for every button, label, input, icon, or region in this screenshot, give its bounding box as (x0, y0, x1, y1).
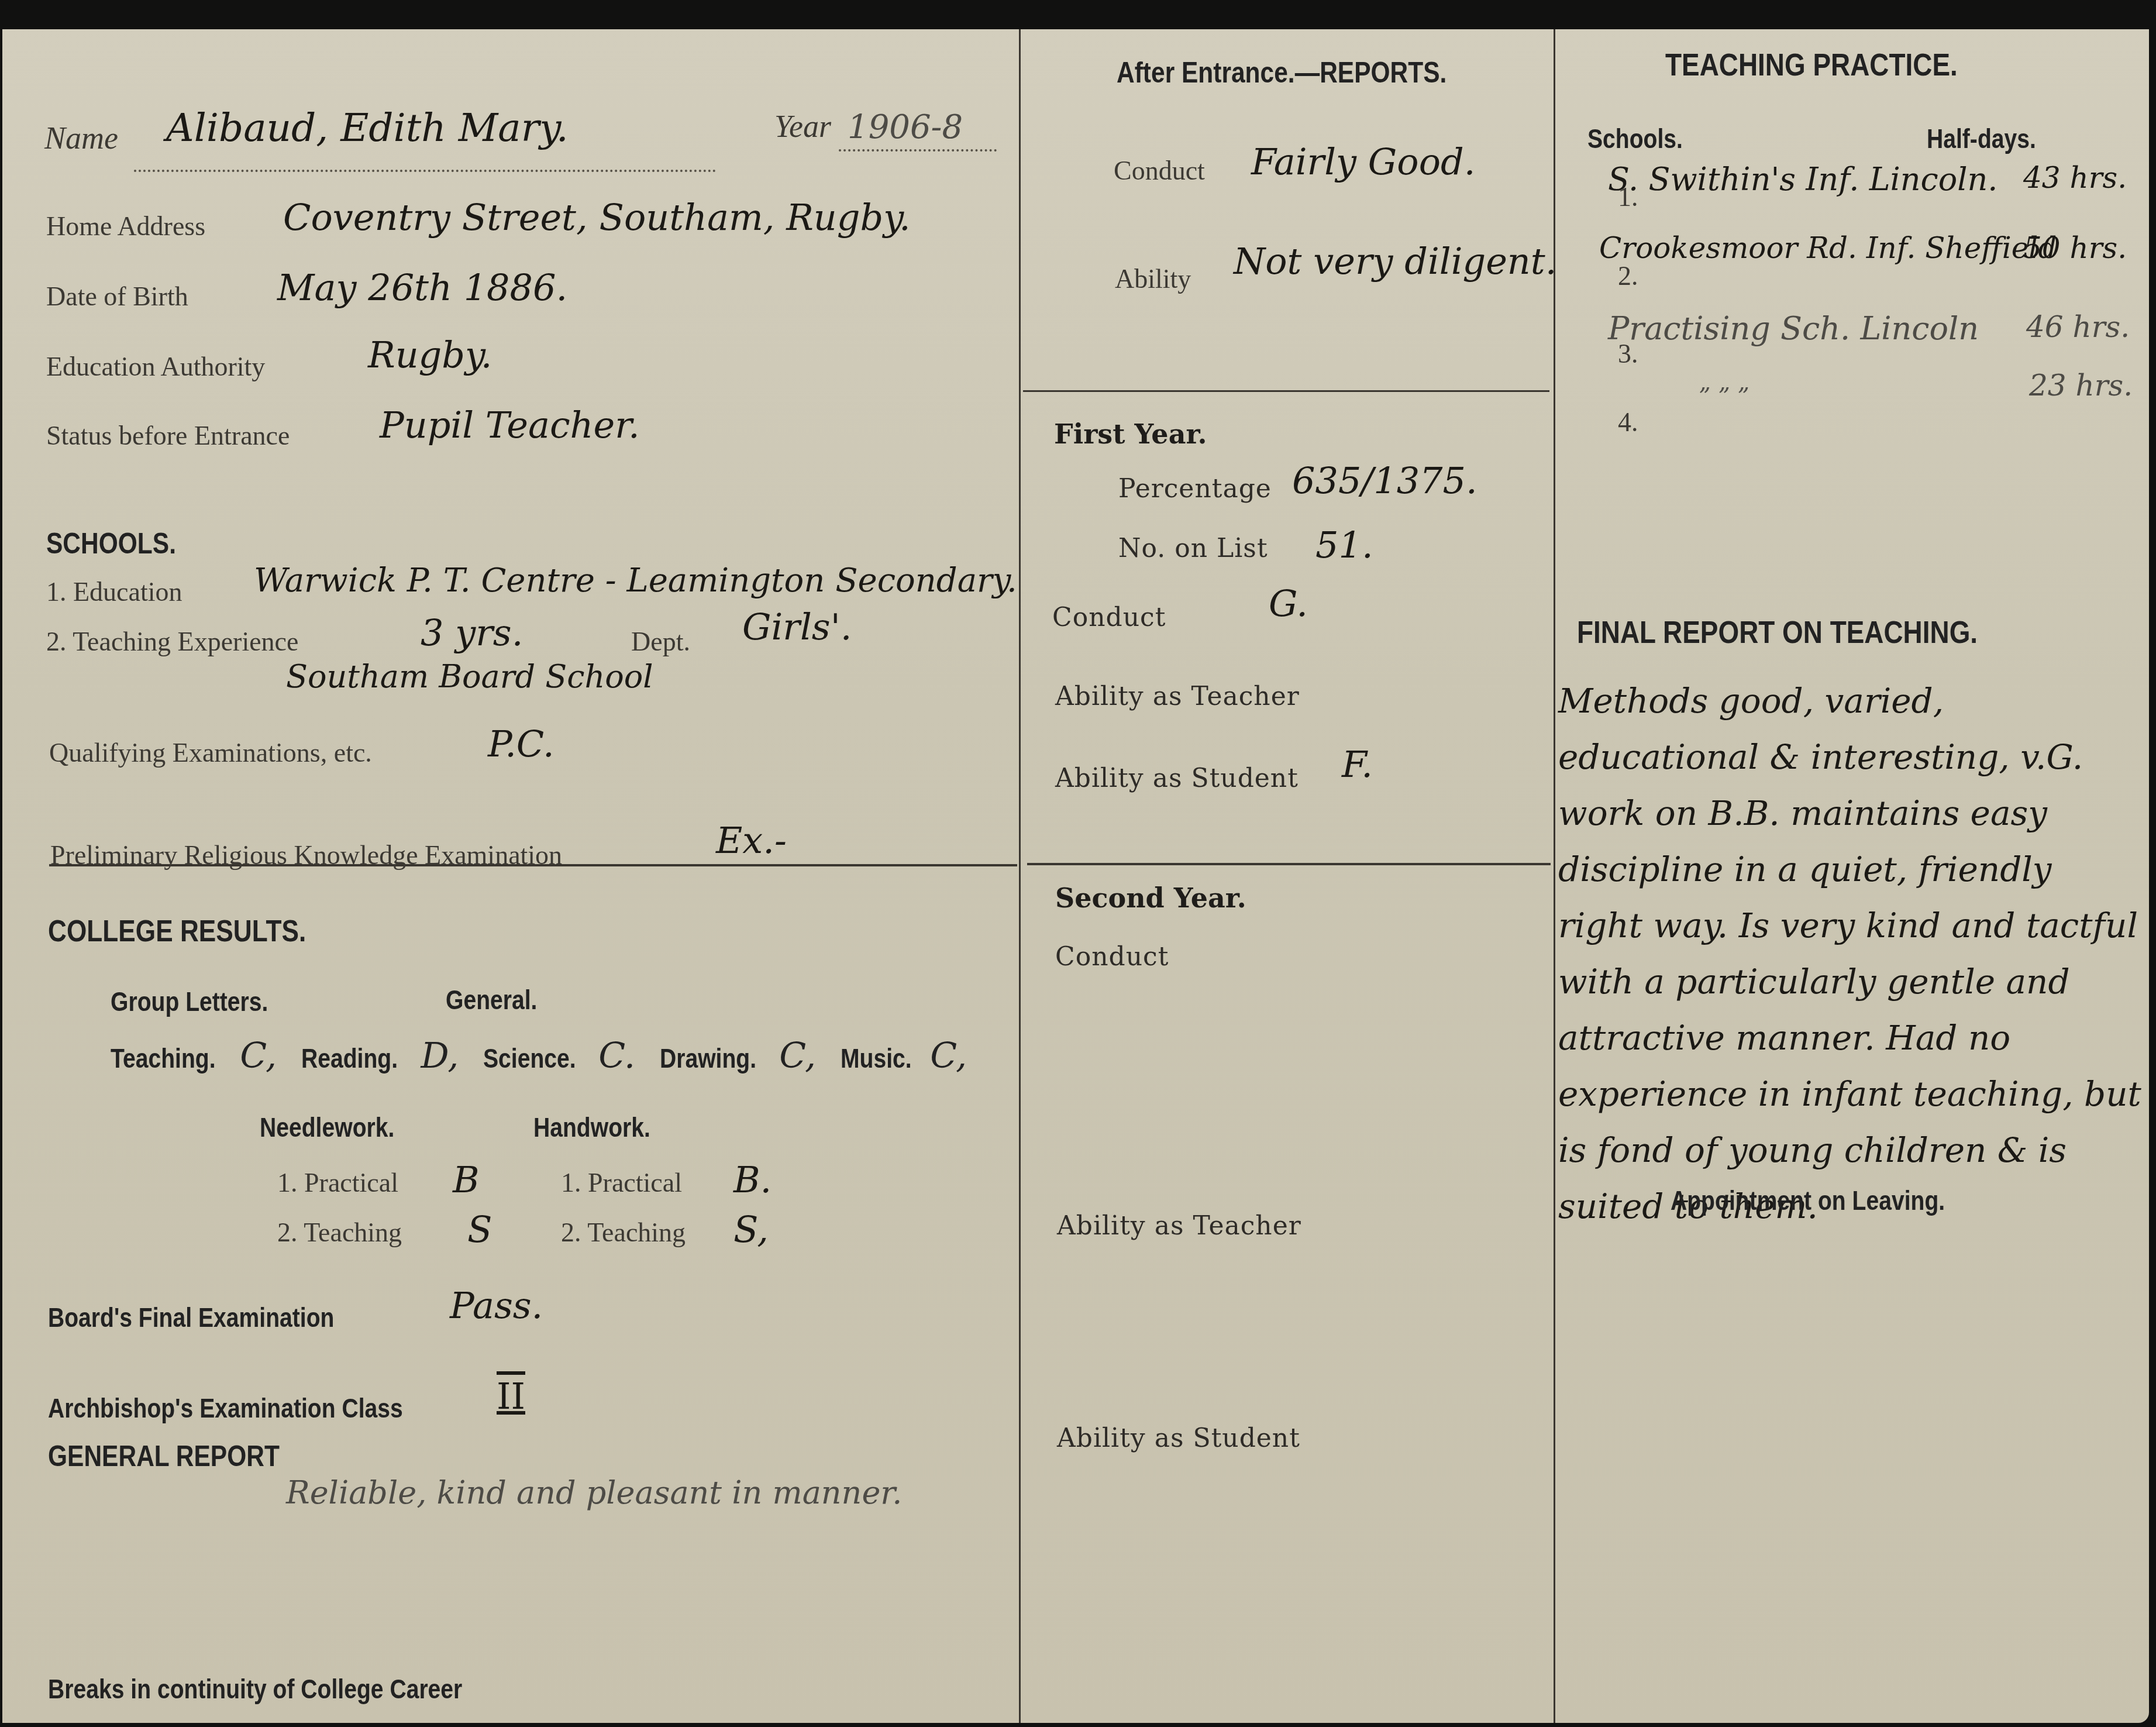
home-address-value: Coventry Street, Southam, Rugby. (283, 196, 911, 239)
qualifying-exams-label: Qualifying Examinations, etc. (49, 737, 372, 768)
practice-row-number: 4. (1618, 407, 1638, 438)
second-year-ability-student-label: Ability as Student (1057, 1423, 1300, 1453)
practice-row-school: Crookesmoor Rd. Inf. Sheffield (1599, 231, 2057, 265)
first-year-conduct-value: G. (1269, 582, 1308, 625)
teaching-experience-school: Southam Board School (286, 658, 653, 695)
practice-row-halfdays: 23 hrs. (2029, 369, 2133, 402)
schools-heading: SCHOOLS. (46, 527, 176, 560)
subject-teaching: Teaching.C, (111, 1035, 277, 1076)
status-value: Pupil Teacher. (380, 404, 640, 446)
after-entrance-heading: After Entrance.—REPORTS. (1117, 56, 1446, 90)
subject-grades-row: Teaching.C, Reading.D, Science.C. Drawin… (111, 1035, 967, 1076)
final-report-heading: FINAL REPORT ON TEACHING. (1577, 614, 1978, 651)
middle-rule-2 (1027, 863, 1551, 865)
column-divider-right (1554, 29, 1555, 1723)
education-authority-label: Education Authority (46, 351, 265, 382)
archbishop-exam-value: II (497, 1375, 525, 1418)
handwork-teaching-label: 2. Teaching (561, 1217, 686, 1248)
practice-row-school: ” ” ” (1699, 383, 1749, 410)
name-label: Name (44, 120, 118, 156)
practice-row-school: S. Swithin's Inf. Lincoln. (1608, 161, 1998, 198)
subject-grade: C, (240, 1035, 277, 1076)
halfdays-column-label: Half-days. (1927, 123, 2036, 154)
teaching-experience-value: 3 yrs. (421, 611, 523, 654)
name-dotted-line (134, 170, 716, 172)
teaching-practice-heading: TEACHING PRACTICE. (1665, 47, 1958, 83)
education-value: Warwick P. T. Centre - Leamington Second… (254, 562, 1017, 600)
needlework-teaching-grade: S (467, 1208, 492, 1251)
first-year-conduct-label: Conduct (1052, 603, 1166, 632)
subject-grade: C, (930, 1035, 967, 1076)
handwork-teaching-grade: S, (733, 1208, 769, 1251)
subject-music: Music.C, (841, 1035, 967, 1076)
first-year-percentage-label: Percentage (1118, 474, 1272, 504)
subject-grade: C. (598, 1035, 635, 1076)
boards-final-label: Board's Final Examination (48, 1302, 334, 1333)
dob-label: Date of Birth (46, 281, 188, 312)
first-year-heading: First Year. (1054, 418, 1207, 450)
general-label: General. (446, 984, 537, 1016)
subject-reading: Reading.D, (301, 1035, 459, 1076)
education-authority-value: Rugby. (368, 333, 492, 376)
general-report-heading: GENERAL REPORT (48, 1439, 280, 1473)
home-address-label: Home Address (46, 211, 205, 242)
year-dotted-line (839, 149, 997, 152)
teaching-experience-label: 2. Teaching Experience (46, 626, 298, 657)
subject-label: Teaching. (111, 1043, 216, 1074)
group-letters-label: Group Letters. (111, 986, 268, 1017)
practice-row-school: Practising Sch. Lincoln (1608, 310, 1979, 347)
needlework-practical-grade: B (453, 1158, 480, 1201)
education-label: 1. Education (46, 576, 182, 607)
second-year-ability-teacher-label: Ability as Teacher (1057, 1211, 1301, 1241)
second-year-heading: Second Year. (1055, 882, 1246, 914)
subject-grade: C, (779, 1035, 816, 1076)
archbishop-exam-label: Archbishop's Examination Class (48, 1392, 403, 1424)
handwork-label: Handwork. (533, 1112, 650, 1143)
subject-label: Reading. (301, 1043, 398, 1074)
subject-grade: D, (421, 1035, 459, 1076)
year-label: Year (774, 108, 831, 145)
religious-knowledge-value: Ex.- (716, 819, 787, 862)
after-entrance-conduct-label: Conduct (1114, 155, 1205, 186)
first-year-ability-student-value: F. (1342, 743, 1373, 786)
column-divider-left (1019, 29, 1021, 1723)
breaks-in-continuity-label: Breaks in continuity of College Career (48, 1673, 462, 1705)
practice-row-halfdays: 50 hrs. (2023, 231, 2127, 265)
appointment-on-leaving-heading: Appointment on Leaving. (1671, 1185, 1945, 1216)
subject-drawing: Drawing.C, (660, 1035, 816, 1076)
general-report-value: Reliable, kind and pleasant in manner. (286, 1474, 902, 1511)
college-results-heading: COLLEGE RESULTS. (48, 914, 306, 949)
subject-label: Drawing. (660, 1043, 756, 1074)
after-entrance-ability-label: Ability (1115, 263, 1191, 294)
status-label: Status before Entrance (46, 420, 290, 451)
after-entrance-conduct-value: Fairly Good. (1251, 140, 1475, 183)
needlework-label: Needlework. (260, 1112, 394, 1143)
religious-knowledge-label: Preliminary Religious Knowledge Examinat… (50, 840, 562, 871)
final-report-text: Methods good, varied, educational & inte… (1558, 673, 2143, 1234)
first-year-no-on-list-value: 51. (1315, 524, 1373, 566)
handwork-practical-grade: B. (733, 1158, 772, 1201)
subject-label: Music. (841, 1043, 912, 1074)
student-record-card: Name Alibaud, Edith Mary. Year 1906-8 Ho… (2, 29, 2149, 1723)
dept-value: Girls'. (742, 606, 852, 648)
subject-label: Science. (483, 1043, 576, 1074)
boards-final-value: Pass. (450, 1284, 543, 1327)
dob-value: May 26th 1886. (277, 266, 567, 309)
name-value: Alibaud, Edith Mary. (166, 105, 569, 150)
dept-label: Dept. (631, 626, 690, 657)
middle-rule-1 (1023, 390, 1549, 392)
first-year-ability-teacher-label: Ability as Teacher (1055, 682, 1300, 711)
after-entrance-ability-value: Not very diligent. (1234, 240, 1556, 283)
practice-row-halfdays: 46 hrs. (2026, 310, 2130, 344)
needlework-teaching-label: 2. Teaching (277, 1217, 402, 1248)
qualifying-exams-value: P.C. (488, 723, 555, 765)
first-year-percentage-value: 635/1375. (1292, 459, 1477, 502)
practice-row-halfdays: 43 hrs. (2023, 161, 2127, 195)
second-year-conduct-label: Conduct (1055, 942, 1169, 972)
first-year-no-on-list-label: No. on List (1118, 534, 1268, 563)
handwork-practical-label: 1. Practical (561, 1167, 682, 1198)
year-value: 1906-8 (848, 108, 963, 146)
subject-science: Science.C. (483, 1035, 635, 1076)
first-year-ability-student-label: Ability as Student (1055, 763, 1299, 793)
schools-column-label: Schools. (1587, 123, 1683, 154)
needlework-practical-label: 1. Practical (277, 1167, 398, 1198)
